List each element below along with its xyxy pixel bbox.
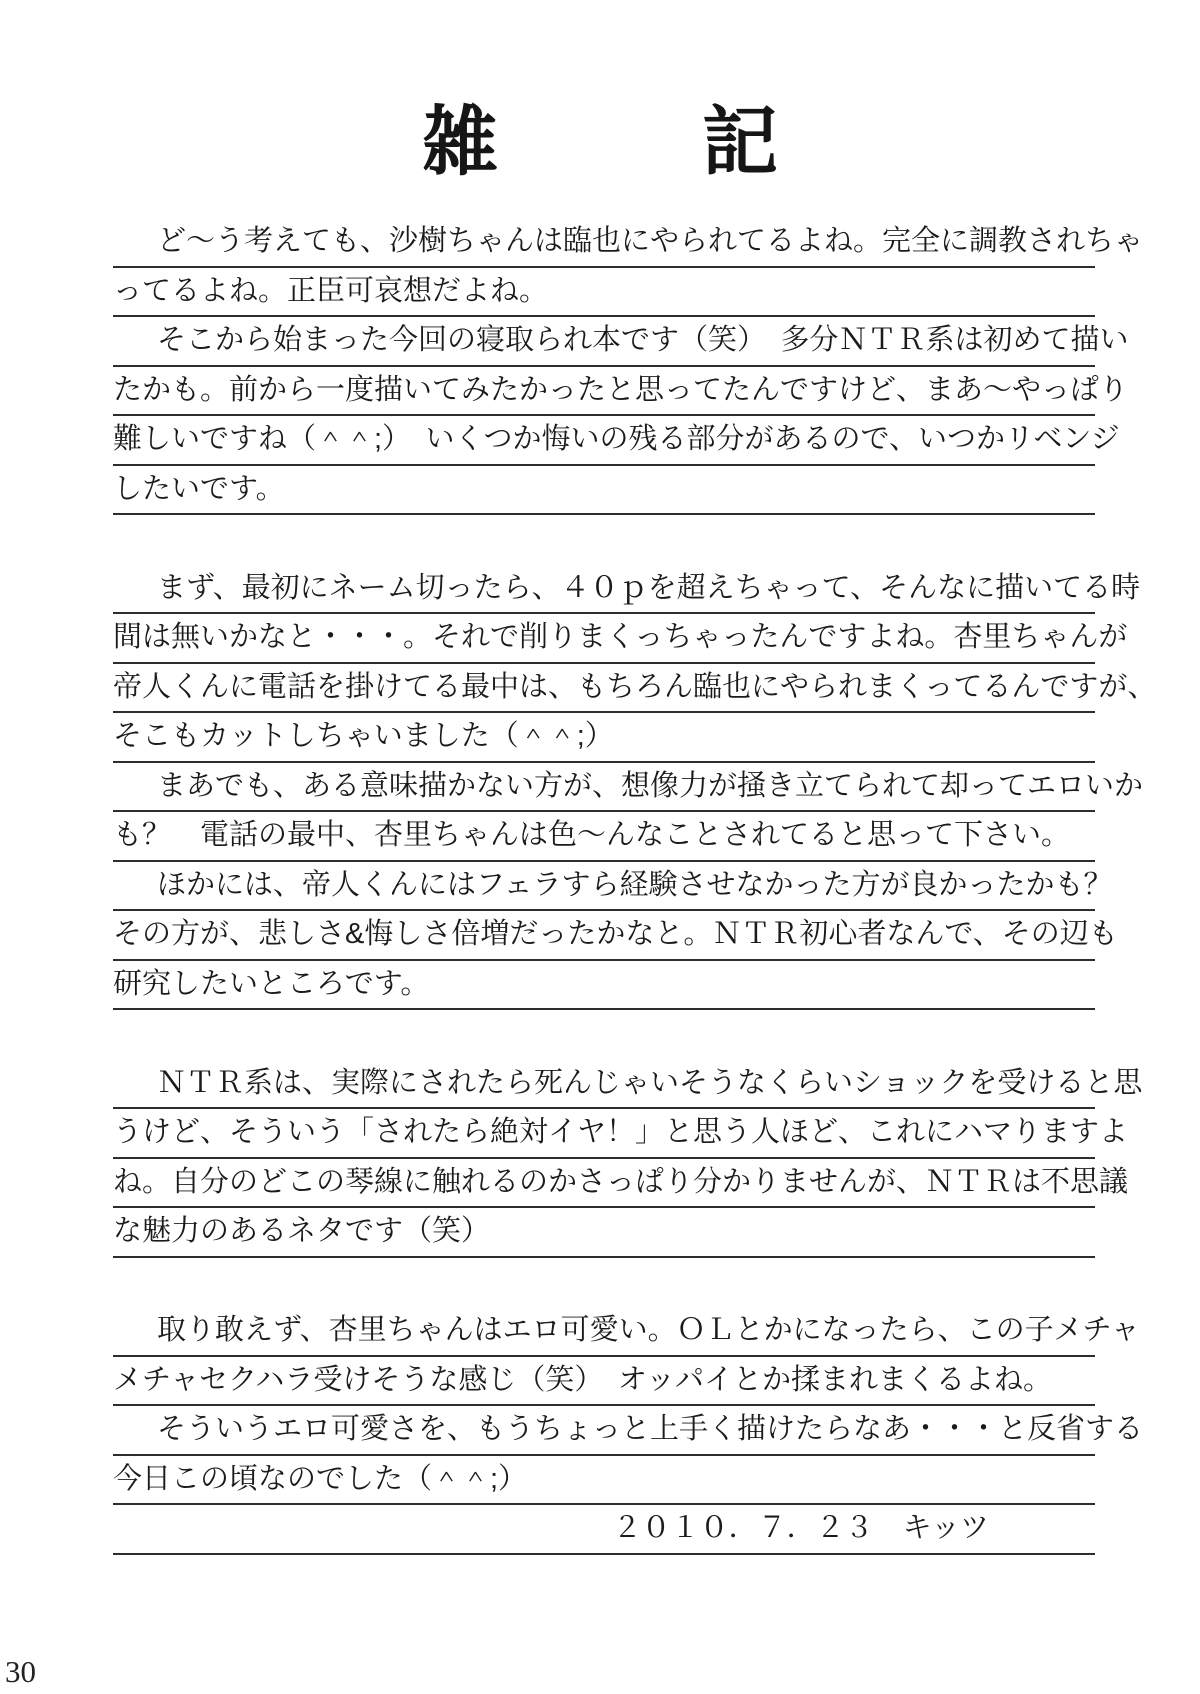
text-line: ど～う考えても、沙樹ちゃんは臨也にやられてるよね。完全に調教されちゃ bbox=[113, 218, 1095, 268]
text-line: たかも。前から一度描いてみたかったと思ってたんですけど、まあ～やっぱり bbox=[113, 367, 1095, 417]
text-line: も？ 電話の最中、杏里ちゃんは色～んなことされてると思って下さい。 bbox=[113, 812, 1095, 862]
text-line: 取り敢えず、杏里ちゃんはエロ可愛い。ＯＬとかになったら、この子メチャ bbox=[113, 1307, 1095, 1357]
text-line: その方が、悲しさ&悔しさ倍増だったかなと。ＮＴＲ初心者なんで、その辺も bbox=[113, 911, 1095, 961]
text-line: まず、最初にネーム切ったら、４０ｐを超えちゃって、そんなに描いてる時 bbox=[113, 565, 1095, 615]
page-title: 雑 記 bbox=[0, 104, 1200, 184]
text-line: 間は無いかなと・・・。それで削りまくっちゃったんですよね。杏里ちゃんが bbox=[113, 614, 1095, 664]
text-line: ね。自分のどこの琴線に触れるのかさっぱり分かりませんが、ＮＴＲは不思議 bbox=[113, 1159, 1095, 1209]
text-line: ってるよね。正臣可哀想だよね。 bbox=[113, 268, 1095, 318]
body-text-area: ど～う考えても、沙樹ちゃんは臨也にやられてるよね。完全に調教されちゃってるよね。… bbox=[113, 218, 1095, 1555]
date-signature-line: ２０１０．７．２３ キッツ bbox=[113, 1505, 1095, 1555]
document-page: 雑 記 ど～う考えても、沙樹ちゃんは臨也にやられてるよね。完全に調教されちゃって… bbox=[0, 0, 1200, 1694]
text-line: 難しいですね（＾＾;） いくつか悔いの残る部分があるので、いつかリベンジ bbox=[113, 416, 1095, 466]
blank-line bbox=[113, 1258, 1095, 1308]
text-line: ほかには、帝人くんにはフェラすら経験させなかった方が良かったかも？ bbox=[113, 862, 1095, 912]
blank-line bbox=[113, 515, 1095, 565]
page-number: 30 bbox=[5, 1654, 36, 1690]
text-line: うけど、そういう「されたら絶対イヤ！」と思う人ほど、これにハマりますよ bbox=[113, 1109, 1095, 1159]
text-line: メチャセクハラ受けそうな感じ（笑） オッパイとか揉まれまくるよね。 bbox=[113, 1357, 1095, 1407]
text-line: そこから始まった今回の寝取られ本です（笑） 多分ＮＴＲ系は初めて描い bbox=[113, 317, 1095, 367]
text-line: な魅力のあるネタです（笑） bbox=[113, 1208, 1095, 1258]
text-line: まあでも、ある意味描かない方が、想像力が掻き立てられて却ってエロいか bbox=[113, 763, 1095, 813]
text-line: そこもカットしちゃいました（＾＾;） bbox=[113, 713, 1095, 763]
text-line: 帝人くんに電話を掛けてる最中は、もちろん臨也にやられまくってるんですが、 bbox=[113, 664, 1095, 714]
text-line: 今日この頃なのでした（＾＾;） bbox=[113, 1456, 1095, 1506]
blank-line bbox=[113, 1010, 1095, 1060]
text-line: 研究したいところです。 bbox=[113, 961, 1095, 1011]
text-line: したいです。 bbox=[113, 466, 1095, 516]
text-line: ＮＴＲ系は、実際にされたら死んじゃいそうなくらいショックを受けると思 bbox=[113, 1060, 1095, 1110]
text-line: そういうエロ可愛さを、もうちょっと上手く描けたらなあ・・・と反省する bbox=[113, 1406, 1095, 1456]
